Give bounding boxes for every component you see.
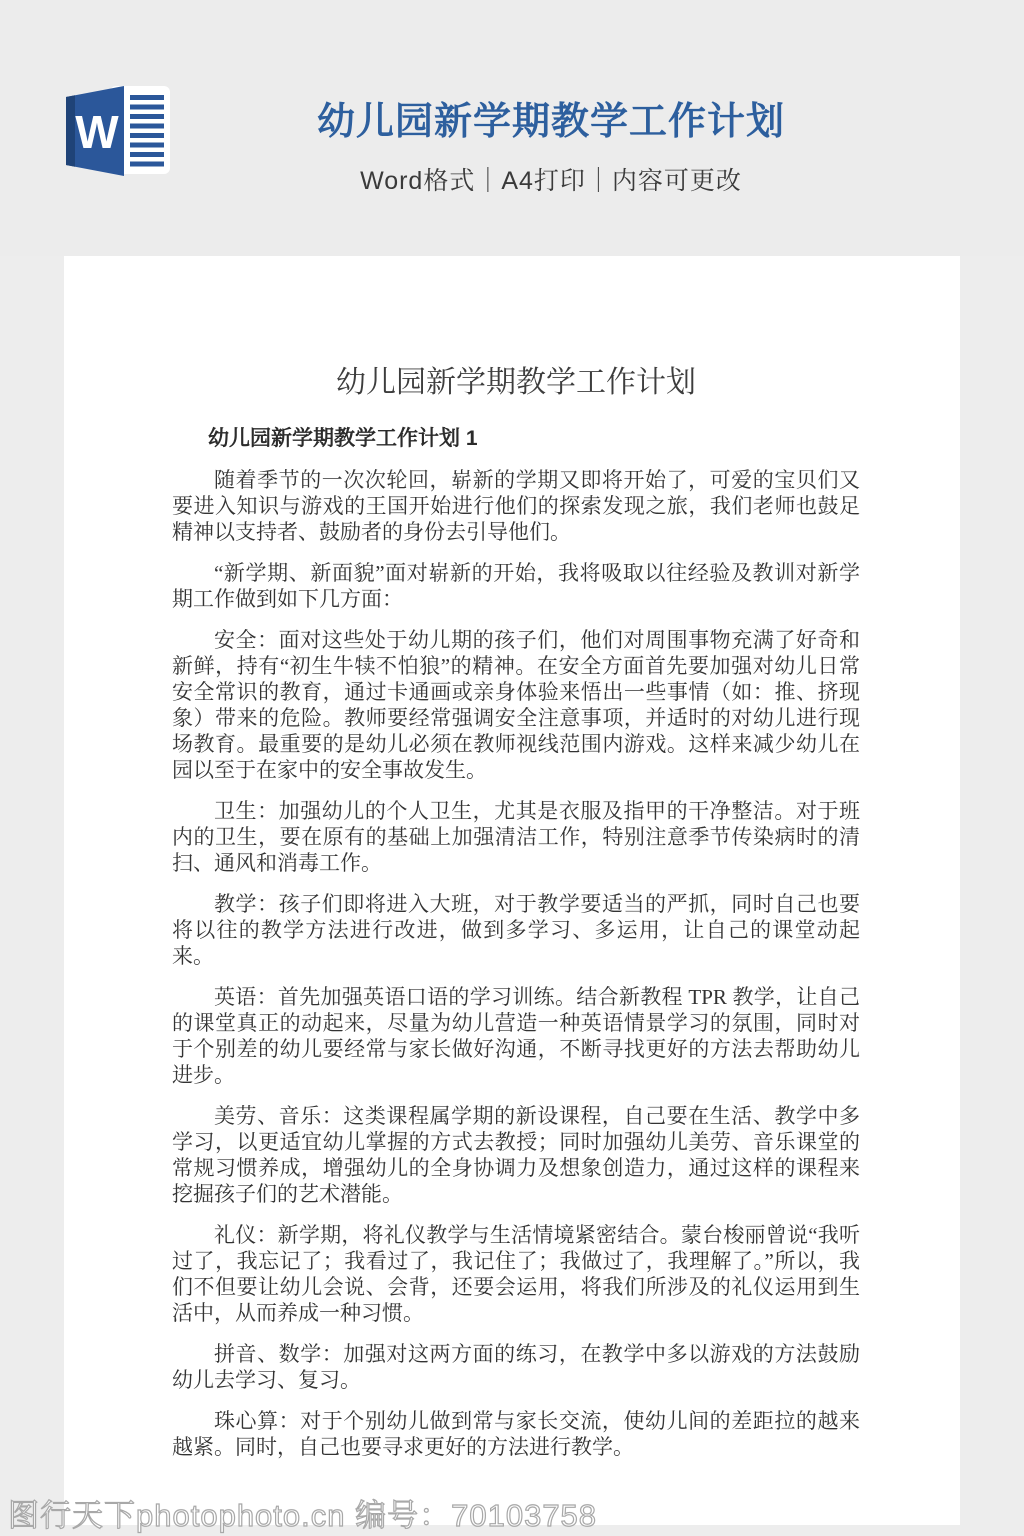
document-page: 幼儿园新学期教学工作计划 幼儿园新学期教学工作计划 1 随着季节的一次次轮回，崭… xyxy=(64,256,960,1525)
template-title: 幼儿园新学期教学工作计划 xyxy=(78,90,1024,145)
doc-paragraph: “新学期、新面貌”面对崭新的开始，我将吸取以往经验及教训对新学期工作做到如下几方… xyxy=(172,560,860,612)
document-body: 随着季节的一次次轮回，崭新的学期又即将开始了，可爱的宝贝们又要进入知识与游戏的王… xyxy=(172,467,860,1460)
doc-paragraph: 美劳、音乐：这类课程属学期的新设课程，自己要在生活、教学中多学习，以更适宜幼儿掌… xyxy=(172,1103,860,1207)
doc-paragraph: 礼仪：新学期，将礼仪教学与生活情境紧密结合。蒙台梭丽曾说“我听过了，我忘记了；我… xyxy=(172,1222,860,1326)
document-heading: 幼儿园新学期教学工作计划 1 xyxy=(172,426,860,452)
doc-paragraph: 英语：首先加强英语口语的学习训练。结合新教程 TPR 教学，让自己的课堂真正的动… xyxy=(172,984,860,1088)
doc-paragraph: 拼音、数学：加强对这两方面的练习，在教学中多以游戏的方法鼓励幼儿去学习、复习。 xyxy=(172,1341,860,1393)
watermark-text: 图行天下photophoto.cn 编号：70103758 xyxy=(8,1490,597,1535)
doc-paragraph: 珠心算：对于个别幼儿做到常与家长交流，使幼儿间的差距拉的越来越紧。同时，自己也要… xyxy=(172,1408,860,1460)
header-text-block: 幼儿园新学期教学工作计划 Word格式｜A4打印｜内容可更改 xyxy=(0,90,1024,197)
doc-paragraph: 教学：孩子们即将进入大班，对于教学要适当的严抓，同时自己也要将以往的教学方法进行… xyxy=(172,891,860,969)
template-subtitle: Word格式｜A4打印｜内容可更改 xyxy=(78,161,1024,197)
template-header: W 幼儿园新学期教学工作计划 Word格式｜A4打印｜内容可更改 xyxy=(0,0,1024,256)
document-title: 幼儿园新学期教学工作计划 xyxy=(172,364,860,402)
doc-paragraph: 安全：面对这些处于幼儿期的孩子们，他们对周围事物充满了好奇和新鲜，持有“初生牛犊… xyxy=(172,627,860,783)
doc-paragraph: 随着季节的一次次轮回，崭新的学期又即将开始了，可爱的宝贝们又要进入知识与游戏的王… xyxy=(172,467,860,545)
doc-paragraph: 卫生：加强幼儿的个人卫生，尤其是衣服及指甲的干净整洁。对于班内的卫生，要在原有的… xyxy=(172,798,860,876)
